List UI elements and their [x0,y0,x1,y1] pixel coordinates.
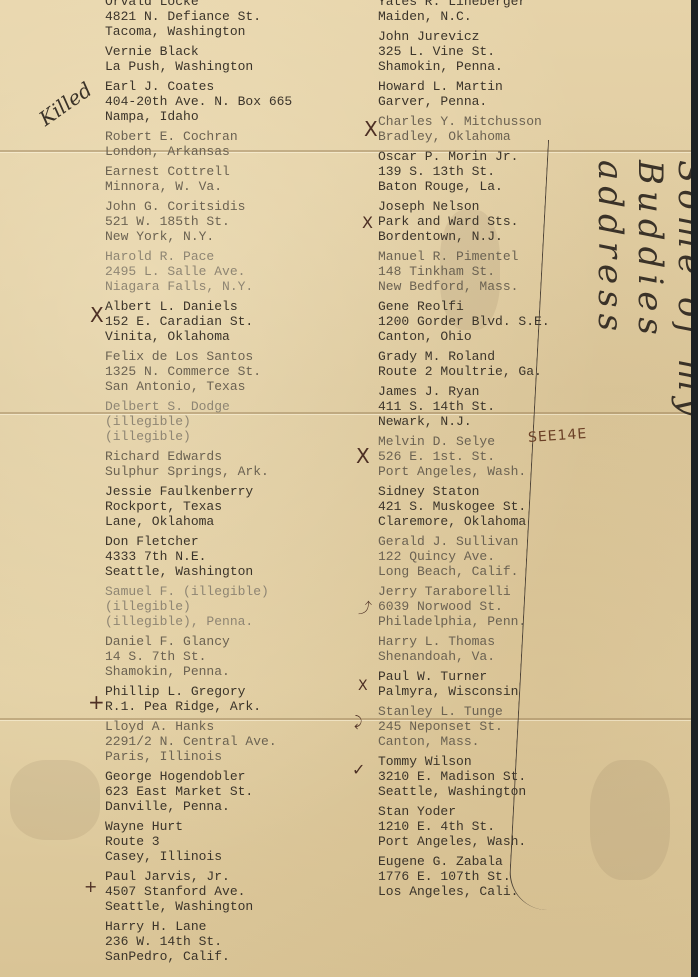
entry-address-line: Minnora, W. Va. [105,179,355,194]
entry-address-line: Danville, Penna. [105,799,355,814]
address-entry: Robert E. CochranLondon, Arkansas [105,129,355,159]
address-entry: Earl J. Coates404-20th Ave. N. Box 665Na… [105,79,355,124]
entry-address-line: (illegible) [105,429,355,444]
address-entry: Harold R. Pace2495 L. Salle Ave.Niagara … [105,249,355,294]
entry-address-line: Seattle, Washington [105,564,355,579]
address-entry: Jessie FaulkenberryRockport, TexasLane, … [105,484,355,529]
margin-note-handwritten: Some of my Buddies address [590,160,691,422]
address-entry: Orvald Locke4821 N. Defiance St.Tacoma, … [105,0,355,39]
address-entry: Lloyd A. Hanks2291/2 N. Central Ave.Pari… [105,719,355,764]
entry-address-line: La Push, Washington [105,59,355,74]
entry-name: Howard L. Martin [378,79,578,94]
paper-stain [590,760,670,880]
entry-name: Paul Jarvis, Jr. [105,869,355,884]
entry-address-line: Route 3 [105,834,355,849]
killed-annotation: Killed [34,77,96,130]
entry-address-line: Niagara Falls, N.Y. [105,279,355,294]
margin-note-part2: Buddies [630,160,670,341]
document-page: Orvald Locke4821 N. Defiance St.Tacoma, … [0,0,691,977]
check-mark-icon: X [90,303,104,327]
address-entry: Earnest CottrellMinnora, W. Va. [105,164,355,194]
check-mark-icon: ✓ [352,760,365,779]
address-entry: Paul Jarvis, Jr.4507 Stanford Ave.Seattl… [105,869,355,914]
entry-address-line: Maiden, N.C. [378,9,578,24]
address-entry: Yates R. LinebergerMaiden, N.C. [378,0,578,24]
entry-address-line: Rockport, Texas [105,499,355,514]
address-entry: Phillip L. GregoryR.1. Pea Ridge, Ark. [105,684,355,714]
entry-address-line: 404-20th Ave. N. Box 665 [105,94,355,109]
paper-stain [10,760,100,840]
entry-address-line: New York, N.Y. [105,229,355,244]
entry-address-line: R.1. Pea Ridge, Ark. [105,699,355,714]
entry-address-line: Shamokin, Penna. [378,59,578,74]
entry-name: Daniel F. Glancy [105,634,355,649]
address-entry: Delbert S. Dodge(illegible)(illegible) [105,399,355,444]
check-mark-icon: X [362,213,373,232]
entry-address-line: San Antonio, Texas [105,379,355,394]
check-mark-icon: + [84,877,97,896]
entry-address-line: Garver, Penna. [378,94,578,109]
entry-address-line: 2495 L. Salle Ave. [105,264,355,279]
address-entry: Daniel F. Glancy14 S. 7th St.Shamokin, P… [105,634,355,679]
entry-address-line: Vinita, Oklahoma [105,329,355,344]
entry-name: Jessie Faulkenberry [105,484,355,499]
entry-address-line: (illegible) [105,599,355,614]
scan-border [691,0,698,977]
address-entry: John G. Coritsidis521 W. 185th St.New Yo… [105,199,355,244]
check-mark-icon: X [356,444,370,468]
margin-note-part1: Some of my [670,160,691,422]
entry-name: Samuel F. (illegible) [105,584,355,599]
address-entry: John Jurevicz325 L. Vine St.Shamokin, Pe… [378,29,578,74]
entry-address-line: 236 W. 14th St. [105,934,355,949]
entry-name: Earl J. Coates [105,79,355,94]
address-entry: Vernie BlackLa Push, Washington [105,44,355,74]
entry-name: Orvald Locke [105,0,355,9]
entry-address-line: (illegible), Penna. [105,614,355,629]
entry-address-line: Shamokin, Penna. [105,664,355,679]
entry-address-line: 325 L. Vine St. [378,44,578,59]
entry-address-line: Nampa, Idaho [105,109,355,124]
entry-name: John Jurevicz [378,29,578,44]
check-mark-icon: X [364,117,378,141]
address-entry: Albert L. Daniels152 E. Caradian St.Vini… [105,299,355,344]
address-entry: George Hogendobler623 East Market St.Dan… [105,769,355,814]
entry-address-line: 4333 7th N.E. [105,549,355,564]
entry-address-line: 521 W. 185th St. [105,214,355,229]
entry-name: Lloyd A. Hanks [105,719,355,734]
entry-name: Don Fletcher [105,534,355,549]
entry-name: Harry H. Lane [105,919,355,934]
address-entry: Wayne HurtRoute 3Casey, Illinois [105,819,355,864]
entry-address-line: Tacoma, Washington [105,24,355,39]
check-mark-icon: + [88,690,105,714]
entry-name: Earnest Cottrell [105,164,355,179]
address-entry: Harry H. Lane236 W. 14th St.SanPedro, Ca… [105,919,355,964]
entry-address-line: Seattle, Washington [105,899,355,914]
entry-name: Albert L. Daniels [105,299,355,314]
entry-name: Phillip L. Gregory [105,684,355,699]
address-entry: Howard L. MartinGarver, Penna. [378,79,578,109]
entry-address-line: London, Arkansas [105,144,355,159]
entry-address-line: SanPedro, Calif. [105,949,355,964]
entry-address-line: Sulphur Springs, Ark. [105,464,355,479]
entry-address-line: 14 S. 7th St. [105,649,355,664]
entry-name: Charles Y. Mitchusson [378,114,578,129]
entry-name: Yates R. Lineberger [378,0,578,9]
address-entry: Don Fletcher4333 7th N.E.Seattle, Washin… [105,534,355,579]
address-entry: Samuel F. (illegible)(illegible)(illegib… [105,584,355,629]
entry-address-line: Casey, Illinois [105,849,355,864]
entry-address-line: 152 E. Caradian St. [105,314,355,329]
entry-name: Felix de Los Santos [105,349,355,364]
entry-name: Richard Edwards [105,449,355,464]
address-entry: Felix de Los Santos1325 N. Commerce St.S… [105,349,355,394]
left-address-column: Orvald Locke4821 N. Defiance St.Tacoma, … [105,0,355,969]
entry-name: Vernie Black [105,44,355,59]
entry-address-line: 2291/2 N. Central Ave. [105,734,355,749]
entry-name: John G. Coritsidis [105,199,355,214]
entry-address-line: 4507 Stanford Ave. [105,884,355,899]
check-mark-icon: ⤴ [358,598,372,618]
entry-address-line: Lane, Oklahoma [105,514,355,529]
entry-name: George Hogendobler [105,769,355,784]
entry-name: Wayne Hurt [105,819,355,834]
margin-note-part3: address [590,160,630,337]
entry-address-line: Paris, Illinois [105,749,355,764]
entry-address-line: 4821 N. Defiance St. [105,9,355,24]
check-mark-icon: ⤸ [354,714,362,730]
entry-address-line: 1325 N. Commerce St. [105,364,355,379]
check-mark-icon: X [358,678,368,694]
entry-name: Delbert S. Dodge [105,399,355,414]
entry-name: Robert E. Cochran [105,129,355,144]
entry-name: Harold R. Pace [105,249,355,264]
address-entry: Richard EdwardsSulphur Springs, Ark. [105,449,355,479]
entry-address-line: (illegible) [105,414,355,429]
entry-address-line: 623 East Market St. [105,784,355,799]
